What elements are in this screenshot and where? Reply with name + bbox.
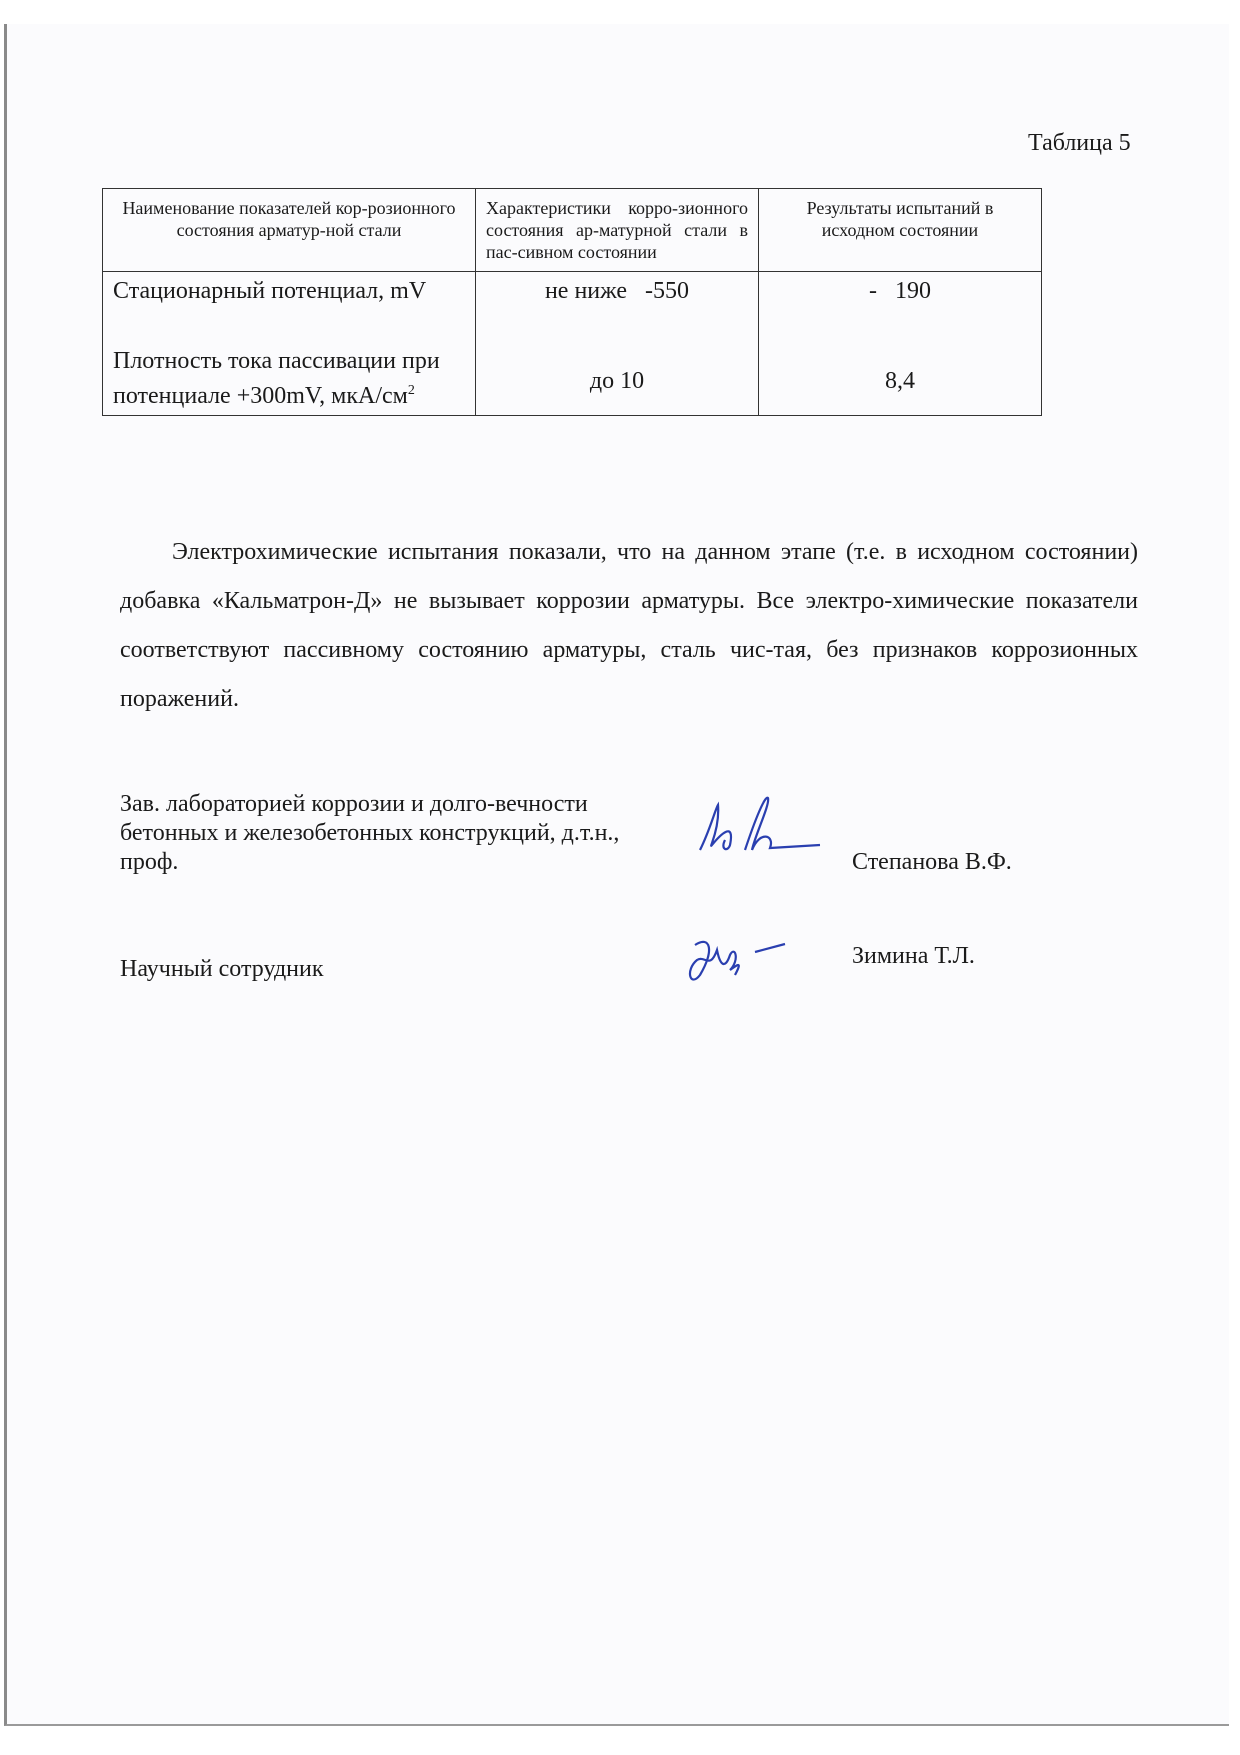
signatory-2-position: Научный сотрудник [120, 955, 324, 984]
indicator-current-density: Плотность тока пассивации при потенциале… [113, 346, 465, 411]
cell-indicator: Стационарный потенциал, mV Плотность ток… [103, 272, 476, 416]
header-test-results: Результаты испытаний в исходном состояни… [759, 189, 1042, 272]
conclusion-paragraph: Электрохимические испытания показали, чт… [120, 528, 1138, 724]
indicator-potential: Стационарный потенциал, mV [113, 276, 465, 306]
signatory-1-name: Степанова В.Ф. [852, 848, 1012, 877]
table-row: Стационарный потенциал, mV Плотность ток… [103, 272, 1042, 416]
header-indicator: Наименование показателей кор-розионного … [103, 189, 476, 272]
corrosion-results-table: Наименование показателей кор-розионного … [102, 188, 1042, 416]
result-current-value: 8,4 [769, 366, 1031, 396]
signatory-1-position: Зав. лабораторией коррозии и долго-вечно… [120, 790, 620, 877]
passive-current-value: до 10 [486, 366, 748, 396]
signature-icon [675, 930, 795, 990]
table-label: Таблица 5 [1028, 130, 1131, 157]
cell-result: - 190 8,4 [759, 272, 1042, 416]
passive-potential-value: не ниже -550 [486, 276, 748, 306]
signatory-2-name: Зимина Т.Л. [852, 942, 975, 971]
cell-passive-characteristic: не ниже -550 до 10 [476, 272, 759, 416]
result-potential-value: - 190 [769, 276, 1031, 306]
header-passive-characteristics: Характеристики корро-зионного состояния … [476, 189, 759, 272]
conclusion-text: Электрохимические испытания показали, чт… [120, 528, 1138, 724]
table-header-row: Наименование показателей кор-розионного … [103, 189, 1042, 272]
signature-icon [690, 790, 830, 860]
